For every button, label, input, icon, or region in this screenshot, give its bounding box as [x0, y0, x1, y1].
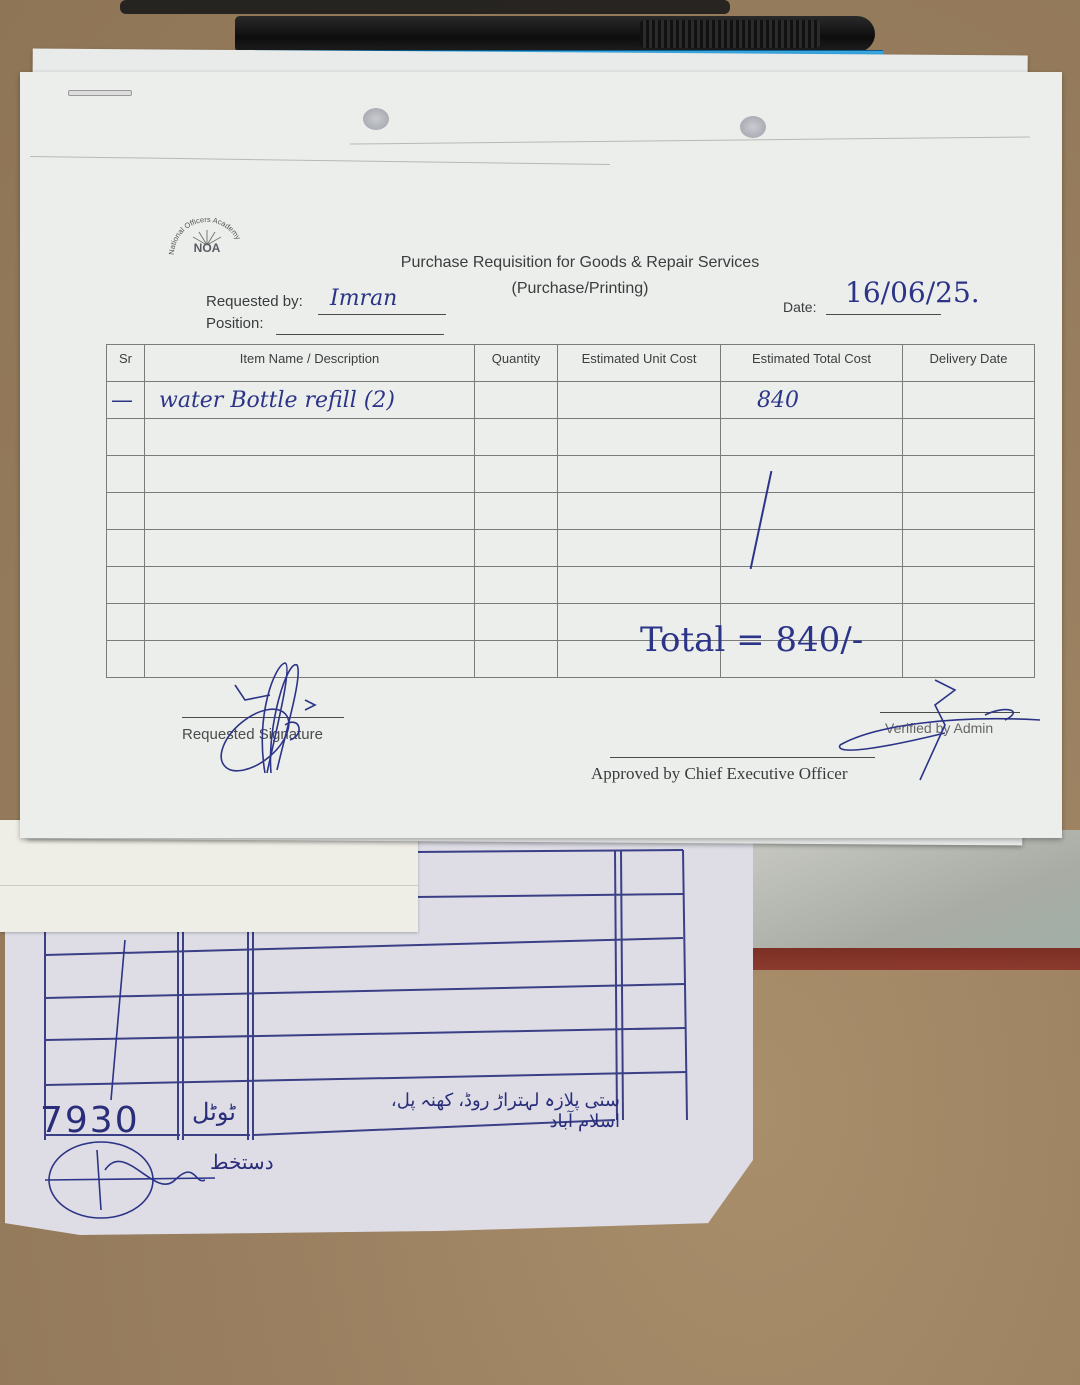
cell-unit-cost[interactable] [558, 382, 721, 419]
cell-item[interactable] [145, 419, 475, 456]
table-row [107, 419, 1035, 456]
cell-unit-cost[interactable] [558, 419, 721, 456]
academy-logo: National Officers Academy NOA [166, 205, 248, 265]
cell-delivery-date[interactable] [903, 419, 1035, 456]
cell-delivery-date[interactable] [903, 382, 1035, 419]
cell-item[interactable] [145, 530, 475, 567]
shelf-edge [745, 948, 1080, 970]
requested-by-value[interactable]: Imran [330, 286, 397, 311]
cell-quantity[interactable] [475, 493, 558, 530]
cell-unit-cost[interactable] [558, 456, 721, 493]
table-row [107, 530, 1035, 567]
position-line [276, 334, 444, 335]
cell-sr[interactable] [107, 567, 145, 604]
requested-signature [205, 655, 335, 780]
bill-total-amount: 7930 [40, 1100, 140, 1141]
requested-by-line [318, 314, 446, 315]
cell-sr[interactable] [107, 419, 145, 456]
cell-sr[interactable] [107, 493, 145, 530]
cell-quantity[interactable] [475, 419, 558, 456]
cell-sr[interactable] [107, 456, 145, 493]
cell-delivery-date[interactable] [903, 493, 1035, 530]
date-line [826, 314, 941, 315]
svg-text:NOA: NOA [194, 241, 221, 255]
cell-quantity[interactable] [475, 530, 558, 567]
bill-total-label: ٹوٹل [192, 1098, 236, 1127]
table-header-row: Sr Item Name / Description Quantity Esti… [107, 345, 1035, 382]
cell-item[interactable] [145, 604, 475, 641]
cell-quantity[interactable] [475, 641, 558, 678]
form-title: Purchase Requisition for Goods & Repair … [340, 254, 820, 272]
pen-grip [640, 20, 820, 48]
cell-delivery-date[interactable] [903, 456, 1035, 493]
table-row: —water Bottle refill (2)840 [107, 382, 1035, 419]
cell-delivery-date[interactable] [903, 530, 1035, 567]
cell-total-cost[interactable] [721, 456, 903, 493]
table-row [107, 493, 1035, 530]
staple [68, 90, 132, 96]
cell-quantity[interactable] [475, 456, 558, 493]
total-note: Total = 840/- [640, 620, 863, 660]
cell-unit-cost[interactable] [558, 493, 721, 530]
col-header-unit-cost: Estimated Unit Cost [558, 345, 721, 382]
requested-by-label: Requested by: [206, 293, 303, 310]
cell-item[interactable] [145, 493, 475, 530]
table-row [107, 456, 1035, 493]
cell-total-cost[interactable] [721, 567, 903, 604]
cell-total-cost[interactable]: 840 [721, 382, 903, 419]
bill-address: ستی پلازہ لہتراڑ روڈ، کھنہ پل، اسلام آبا… [380, 1090, 620, 1132]
cell-total-cost[interactable] [721, 419, 903, 456]
cell-item[interactable]: water Bottle refill (2) [145, 382, 475, 419]
punch-hole [363, 108, 389, 130]
cell-delivery-date[interactable] [903, 641, 1035, 678]
cell-delivery-date[interactable] [903, 604, 1035, 641]
cell-quantity[interactable] [475, 604, 558, 641]
cell-item[interactable] [145, 567, 475, 604]
date-label: Date: [783, 299, 816, 315]
col-header-quantity: Quantity [475, 345, 558, 382]
position-label: Position: [206, 315, 264, 332]
punch-hole [740, 116, 766, 138]
approved-by-label: Approved by Chief Executive Officer [591, 764, 848, 784]
cell-delivery-date[interactable] [903, 567, 1035, 604]
col-header-delivery-date: Delivery Date [903, 345, 1035, 382]
col-header-sr: Sr [107, 345, 145, 382]
cell-sr[interactable] [107, 641, 145, 678]
requisition-table: Sr Item Name / Description Quantity Esti… [106, 344, 1035, 678]
cell-item[interactable] [145, 456, 475, 493]
table-row [107, 567, 1035, 604]
form-subtitle: (Purchase/Printing) [340, 280, 820, 298]
cell-total-cost[interactable] [721, 530, 903, 567]
pen-top [120, 0, 730, 14]
cell-unit-cost[interactable] [558, 530, 721, 567]
cell-sr[interactable] [107, 604, 145, 641]
cell-quantity[interactable] [475, 567, 558, 604]
date-value[interactable]: 16/06/25. [845, 276, 980, 309]
approved-line [610, 757, 875, 758]
cell-total-cost[interactable] [721, 493, 903, 530]
cell-unit-cost[interactable] [558, 567, 721, 604]
col-header-item: Item Name / Description [145, 345, 475, 382]
col-header-total-cost: Estimated Total Cost [721, 345, 903, 382]
bill-signature-label: دستخط [210, 1150, 274, 1175]
cell-sr[interactable]: — [107, 382, 145, 419]
slip-fold [0, 885, 418, 886]
admin-signature [835, 675, 1045, 785]
cell-sr[interactable] [107, 530, 145, 567]
table-row [107, 604, 1035, 641]
cell-quantity[interactable] [475, 382, 558, 419]
